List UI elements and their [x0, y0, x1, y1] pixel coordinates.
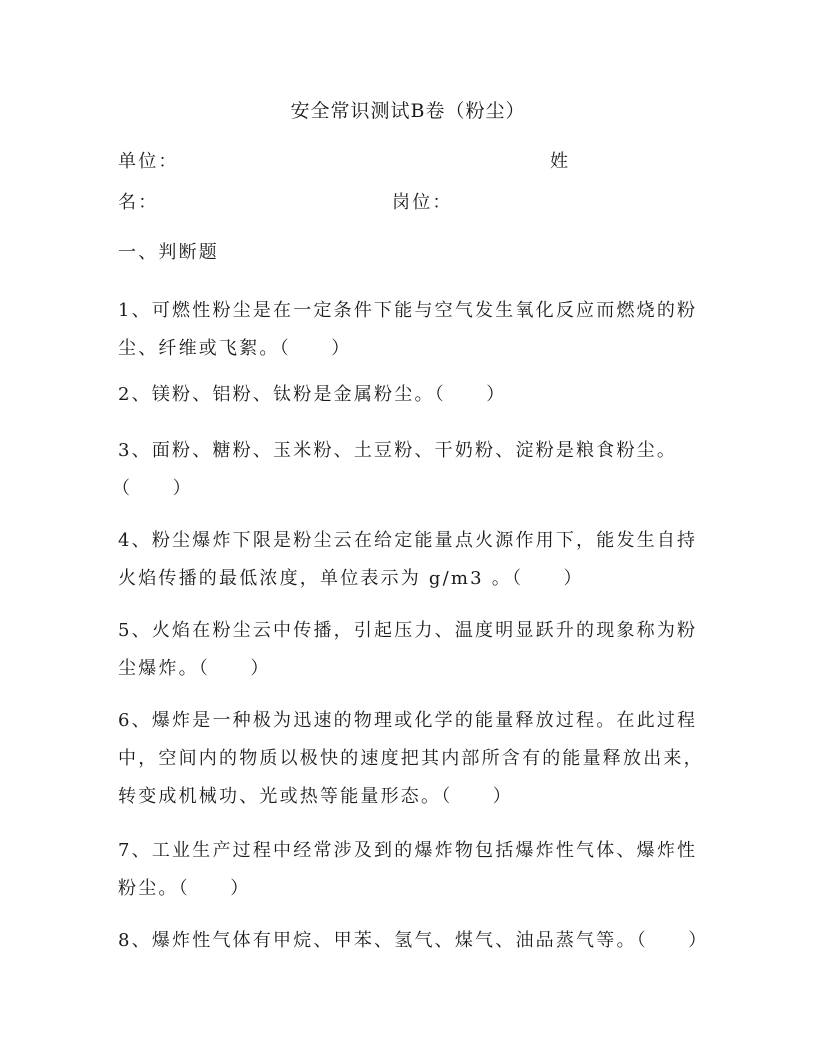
question-2: 2、镁粉、铝粉、钛粉是金属粉尘。（ ）: [118, 376, 698, 414]
question-3: 3、面粉、糖粉、玉米粉、土豆粉、干奶粉、淀粉是粮食粉尘。 （ ）: [118, 432, 698, 508]
question-line: 中，空间内的物质以极快的速度把其内部所含有的能量释放出来，: [118, 740, 698, 778]
name-field-label-part1: 姓: [550, 150, 570, 174]
question-5: 5、火焰在粉尘云中传播，引起压力、温度明显跃升的现象称为粉 尘爆炸。（ ）: [118, 612, 698, 688]
question-line: 6、爆炸是一种极为迅速的物理或化学的能量释放过程。在此过程: [118, 702, 698, 740]
question-line: 1、可燃性粉尘是在一定条件下能与空气发生氧化反应而燃烧的粉: [118, 292, 698, 330]
question-6: 6、爆炸是一种极为迅速的物理或化学的能量释放过程。在此过程 中，空间内的物质以极…: [118, 702, 698, 816]
question-line: 8、爆炸性气体有甲烷、甲苯、氢气、煤气、油品蒸气等。（ ）: [118, 922, 698, 960]
question-4: 4、粉尘爆炸下限是粉尘云在给定能量点火源作用下，能发生自持 火焰传播的最低浓度，…: [118, 522, 698, 598]
question-line: 转变成机械功、光或热等能量形态。（ ）: [118, 778, 698, 816]
section-heading: 一、判断题: [118, 241, 219, 265]
position-field-label: 岗位：: [392, 191, 453, 215]
question-line: 尘、纤维或飞絮。（ ）: [118, 330, 698, 368]
question-line: 粉尘。（ ）: [118, 870, 698, 908]
question-line: 7、工业生产过程中经常涉及到的爆炸物包括爆炸性气体、爆炸性: [118, 832, 698, 870]
question-line: 2、镁粉、铝粉、钛粉是金属粉尘。（ ）: [118, 376, 698, 414]
unit-field-label: 单位：: [118, 150, 179, 174]
question-8: 8、爆炸性气体有甲烷、甲苯、氢气、煤气、油品蒸气等。（ ）: [118, 922, 698, 960]
question-line: （ ）: [112, 470, 698, 508]
question-line: 5、火焰在粉尘云中传播，引起压力、温度明显跃升的现象称为粉: [118, 612, 698, 650]
document-title: 安全常识测试B卷（粉尘）: [0, 96, 816, 123]
question-line: 4、粉尘爆炸下限是粉尘云在给定能量点火源作用下，能发生自持: [118, 522, 698, 560]
question-1: 1、可燃性粉尘是在一定条件下能与空气发生氧化反应而燃烧的粉 尘、纤维或飞絮。（ …: [118, 292, 698, 368]
question-line: 3、面粉、糖粉、玉米粉、土豆粉、干奶粉、淀粉是粮食粉尘。: [118, 432, 698, 470]
question-line: 尘爆炸。（ ）: [118, 650, 698, 688]
question-7: 7、工业生产过程中经常涉及到的爆炸物包括爆炸性气体、爆炸性 粉尘。（ ）: [118, 832, 698, 908]
name-field-label-part2: 名：: [118, 191, 158, 215]
question-line: 火焰传播的最低浓度，单位表示为 g/m3 。（ ）: [118, 560, 698, 598]
document-page: 安全常识测试B卷（粉尘） 单位： 姓 名： 岗位： 一、判断题 1、可燃性粉尘是…: [0, 0, 816, 1056]
